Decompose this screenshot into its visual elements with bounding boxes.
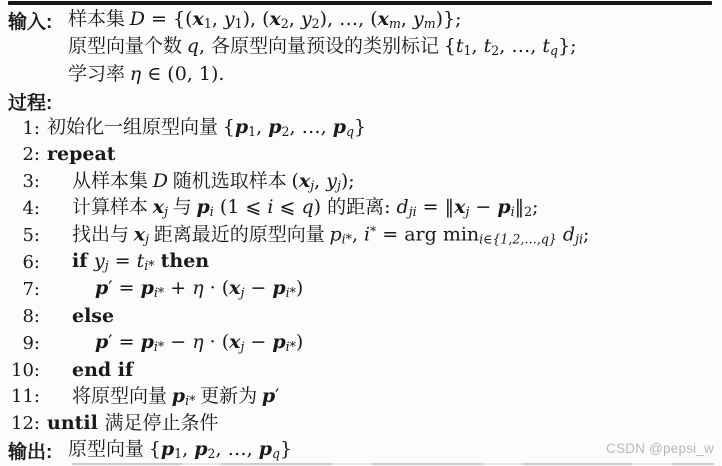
input-line: 输入: 样本集 D = {(x1, y1), (x2, y2), …, (xm,…: [0, 7, 722, 34]
algorithm-step-row: 12: until 满足停止条件: [0, 410, 722, 437]
step-number: 5:: [0, 225, 40, 246]
step-number: 9:: [0, 333, 40, 354]
output-label: 输出:: [8, 437, 68, 464]
algorithm-rows: 输入: 样本集 D = {(x1, y1), (x2, y2), …, (xm,…: [0, 7, 722, 464]
algorithm-step-row: 8: else: [0, 303, 722, 330]
step-number: 3:: [0, 171, 40, 192]
algorithm-step-row: 5: 找出与 xj 距离最近的原型向量 pi*, i* = arg mini∈{…: [0, 222, 722, 249]
process-line: 过程:: [0, 88, 722, 115]
step-content: 从样本集 D 随机选取样本 (xj, yj);: [72, 172, 355, 193]
step-content: p′ = pi* + η · (xj − pi*): [95, 279, 303, 300]
step-number: 7:: [0, 279, 40, 300]
step-number: 6:: [0, 252, 40, 273]
output-line-content: 原型向量 {p1, p2, …, pq}: [68, 440, 292, 461]
algorithm-step-row: 11: 将原型向量 pi* 更新为 p′: [0, 383, 722, 410]
step-number: 4:: [0, 198, 40, 219]
step-number: 10:: [0, 360, 40, 381]
input-line: 学习率 η ∈ (0, 1).: [0, 61, 722, 88]
process-label: 过程:: [8, 88, 68, 115]
input-line: 原型向量个数 q, 各原型向量预设的类别标记 {t1, t2, …, tq};: [0, 34, 722, 61]
step-content: until 满足停止条件: [47, 414, 218, 433]
algorithm-step-row: 2: repeat: [0, 141, 722, 168]
step-content: 找出与 xj 距离最近的原型向量 pi*, i* = arg mini∈{1,2…: [72, 225, 589, 246]
step-content: repeat: [47, 145, 116, 164]
step-number: 2:: [0, 144, 40, 165]
step-content: if yj = ti* then: [72, 252, 209, 273]
step-content: p′ = pi* − η · (xj − pi*): [95, 333, 303, 354]
step-list: 1: 初始化一组原型向量 {p1, p2, …, pq} 2: repeat 3…: [0, 115, 722, 438]
step-number: 12:: [0, 413, 40, 434]
algorithm-step-row: 9: p′ = pi* − η · (xj − pi*): [0, 330, 722, 357]
algorithm-step-row: 3: 从样本集 D 随机选取样本 (xj, yj);: [0, 168, 722, 195]
input-line-content: 学习率 η ∈ (0, 1).: [68, 65, 224, 84]
step-content: 计算样本 xj 与 pi (1 ⩽ i ⩽ q) 的距离: dji = ‖xj …: [72, 198, 539, 219]
bottom-rule: [72, 463, 714, 465]
top-rule: [8, 1, 712, 5]
algorithm-step-row: 4: 计算样本 xj 与 pi (1 ⩽ i ⩽ q) 的距离: dji = ‖…: [0, 195, 722, 222]
step-content: 将原型向量 pi* 更新为 p′: [72, 387, 279, 408]
algorithm-step-row: 7: p′ = pi* + η · (xj − pi*): [0, 276, 722, 303]
input-line-content: 原型向量个数 q, 各原型向量预设的类别标记 {t1, t2, …, tq};: [68, 37, 577, 58]
step-number: 1:: [0, 118, 40, 139]
step-number: 8:: [0, 306, 40, 327]
input-label: 输入:: [8, 7, 68, 34]
algorithm-box: 输入: 样本集 D = {(x1, y1), (x2, y2), …, (xm,…: [0, 0, 722, 466]
step-content: end if: [72, 361, 133, 380]
algorithm-step-row: 6: if yj = ti* then: [0, 249, 722, 276]
algorithm-step-row: 1: 初始化一组原型向量 {p1, p2, …, pq}: [0, 115, 722, 142]
input-line-content: 样本集 D = {(x1, y1), (x2, y2), …, (xm, ym)…: [68, 10, 461, 31]
step-content: else: [72, 307, 114, 326]
watermark-text: CSDN @pepsi_w: [606, 441, 714, 456]
algorithm-step-row: 10: end if: [0, 357, 722, 384]
step-content: 初始化一组原型向量 {p1, p2, …, pq}: [47, 118, 366, 139]
algorithm-figure: { "page": { "background": "#fcfcfa", "te…: [0, 0, 722, 466]
step-number: 11:: [0, 386, 40, 407]
